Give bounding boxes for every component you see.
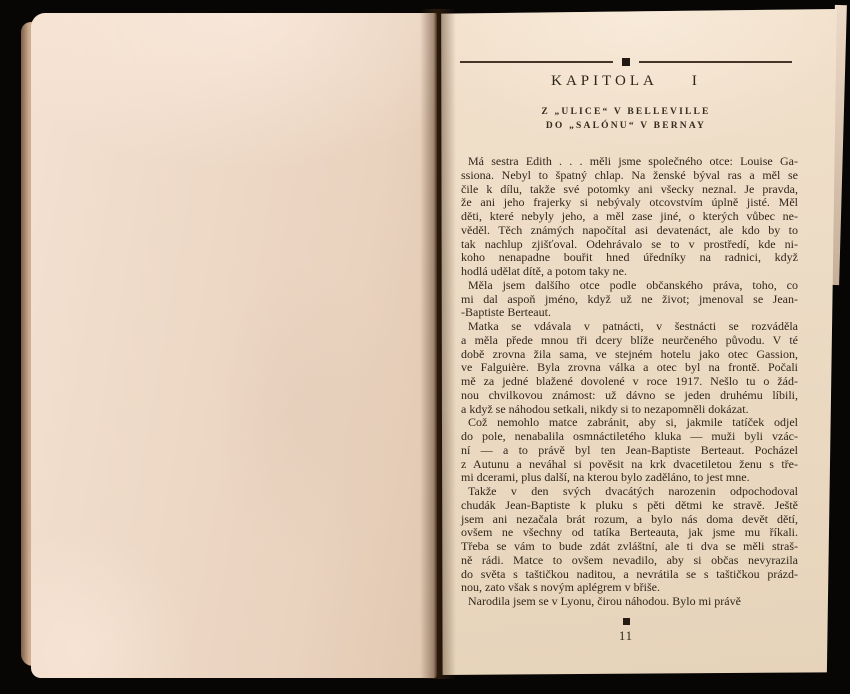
book-photo: KAPITOLA I Z „ULICE“ V BELLEVILLE DO „SA… xyxy=(0,0,850,694)
text-line: že ani jeho frajerky si nebývaly otcovst… xyxy=(461,196,798,210)
square-ornament-icon xyxy=(622,58,630,66)
text-line: do pole, nenabalila osmnáctiletého kluka… xyxy=(461,430,798,444)
chapter-number: I xyxy=(692,73,701,90)
rule-line xyxy=(639,61,792,63)
text-line: ssiona. Nebyl to špatný chlap. Na ženské… xyxy=(461,169,798,183)
chapter-subtitle: Z „ULICE“ V BELLEVILLE DO „SALÓNU“ V BER… xyxy=(460,106,792,133)
text-line: věděl. Těch známých napočítal asi devate… xyxy=(461,224,798,238)
chapter-heading: KAPITOLA I xyxy=(460,73,792,90)
text-line: Což nemohlo matce zabránit, aby si, jakm… xyxy=(461,416,798,430)
text-line: mi dcerami, plus další, na kterou bylo z… xyxy=(461,471,798,485)
text-line: a když se náhodou setkali, nikdy si to n… xyxy=(461,403,798,417)
footer-ornament xyxy=(460,618,792,625)
text-line: Třeba se vám to bude zdát zvláštní, ale … xyxy=(461,540,798,554)
text-line: Narodila jsem se v Lyonu, čirou náhodou.… xyxy=(461,595,798,609)
square-ornament-icon xyxy=(623,618,630,625)
paragraph: Měla jsem dalšího otce podle občanského … xyxy=(461,279,798,320)
page-texture xyxy=(211,263,401,563)
subtitle-line: Z „ULICE“ V BELLEVILLE xyxy=(460,106,792,120)
text-line: Měla jsem dalšího otce podle občanského … xyxy=(461,279,798,293)
text-line: jsem ani nezačala brát rozum, a bylo nás… xyxy=(461,513,798,527)
text-line: do světa s taštičkou naditou, a nevrátil… xyxy=(461,568,798,582)
paragraph: Narodila jsem se v Lyonu, čirou náhodou.… xyxy=(461,595,798,609)
page-number: 11 xyxy=(460,629,792,644)
text-line: nou chvilkovou známost: už dávno se jede… xyxy=(461,389,798,403)
text-line: čile k dílu, takže své potomky ani všeck… xyxy=(461,183,798,197)
header-rule xyxy=(460,58,792,66)
text-line: ně rádi. Matce to ovšem nevadilo, aby si… xyxy=(461,554,798,568)
text-line: tak nachlup zjišťoval. Odehrávalo se to … xyxy=(461,238,798,252)
paragraph: Má sestra Edith . . . měli jsme společné… xyxy=(461,155,798,279)
text-line: a měla přede mnou tři dcery blíže neurče… xyxy=(461,334,798,348)
text-line: době zrovna žila sama, ve stejném hotelu… xyxy=(461,348,798,362)
text-line: mě za jedné blažené dovolené v roce 1917… xyxy=(461,375,798,389)
chapter-label: KAPITOLA xyxy=(551,73,658,90)
body-text: Má sestra Edith . . . měli jsme společné… xyxy=(461,155,798,609)
subtitle-line: DO „SALÓNU“ V BERNAY xyxy=(460,120,792,134)
text-line: ve Falguière. Byla zrovna válka a otec b… xyxy=(461,361,798,375)
text-line: ní — a to právě byl ten Jean-Baptiste Be… xyxy=(461,444,798,458)
rule-line xyxy=(460,61,613,63)
text-line: hodlá udělat dítě, a potom taky ne. xyxy=(461,265,798,279)
text-line: Matka se vdávala v patnácti, v šestnácti… xyxy=(461,320,798,334)
text-line: nou, zato však s novým aplégrem v břiše. xyxy=(461,581,798,595)
text-line: mi dal aspoň jméno, když už ne život; jm… xyxy=(461,293,798,307)
text-line: Má sestra Edith . . . měli jsme společné… xyxy=(461,155,798,169)
page-content: KAPITOLA I Z „ULICE“ V BELLEVILLE DO „SA… xyxy=(441,9,838,675)
text-line: z Autunu a neváhal si pověsit na krk dva… xyxy=(461,458,798,472)
text-line: Takže v den svých dvacátých narozenin od… xyxy=(461,485,798,499)
left-page-blank xyxy=(31,13,437,678)
text-line: chudák Jean-Baptiste k pluku s pěti dětm… xyxy=(461,499,798,513)
text-line: -Baptiste Berteaut. xyxy=(461,306,798,320)
paragraph: Matka se vdávala v patnácti, v šestnácti… xyxy=(461,320,798,416)
text-line: ovšem ne všechny od tatíka Berteauta, ja… xyxy=(461,526,798,540)
right-page: KAPITOLA I Z „ULICE“ V BELLEVILLE DO „SA… xyxy=(441,9,838,675)
text-line: děti, které nebyly jeho, a měl zase jiné… xyxy=(461,210,798,224)
text-line: koho nenapadne bouřit hned úředníky na r… xyxy=(461,251,798,265)
paragraph: Takže v den svých dvacátých narozenin od… xyxy=(461,485,798,595)
paragraph: Což nemohlo matce zabránit, aby si, jakm… xyxy=(461,416,798,485)
